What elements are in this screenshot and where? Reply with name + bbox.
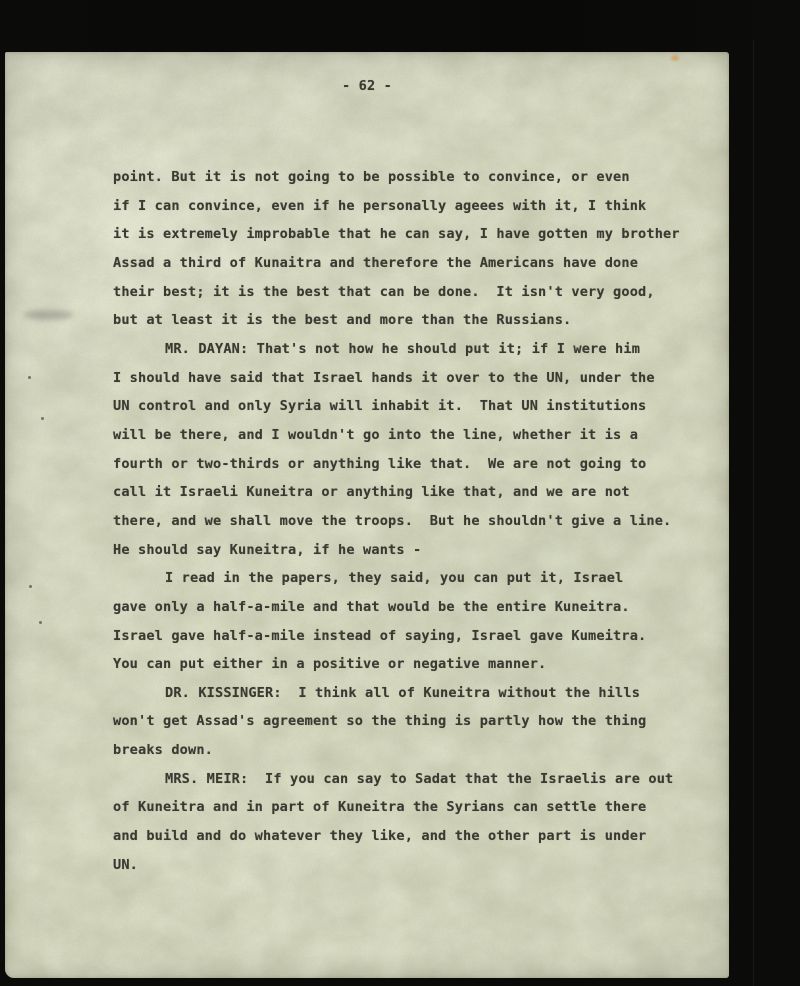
text-line: Israel gave half-a-mile instead of sayin… [113,622,713,651]
text-line: You can put either in a positive or nega… [113,650,713,679]
text-line: but at least it is the best and more tha… [113,306,713,335]
scan-frame: - 62 - point. But it is not going to be … [0,0,800,986]
text-line: He should say Kuneitra, if he wants - [113,536,713,565]
pencil-smudge [23,310,73,320]
text-line: Assad a third of Kunaitra and therefore … [113,249,713,278]
margin-dot [29,585,32,588]
text-line: and build and do whatever they like, and… [113,822,713,851]
text-line: UN. [113,851,713,880]
document-body: point. But it is not going to be possibl… [113,163,713,879]
text-line: gave only a half-a-mile and that would b… [113,593,713,622]
text-line: I read in the papers, they said, you can… [113,564,713,593]
document-page: - 62 - point. But it is not going to be … [5,52,729,978]
text-line: will be there, and I wouldn't go into th… [113,421,713,450]
margin-dot [39,621,42,624]
text-line: call it Israeli Kuneitra or anything lik… [113,478,713,507]
text-line: if I can convince, even if he personally… [113,192,713,221]
text-line: I should have said that Israel hands it … [113,364,713,393]
text-line: their best; it is the best that can be d… [113,278,713,307]
text-line: there, and we shall move the troops. But… [113,507,713,536]
text-line: MRS. MEIR: If you can say to Sadat that … [113,765,713,794]
text-line: won't get Assad's agreement so the thing… [113,707,713,736]
margin-dot [28,376,31,379]
text-line: breaks down. [113,736,713,765]
text-line: UN control and only Syria will inhabit i… [113,392,713,421]
text-line: of Kuneitra and in part of Kuneitra the … [113,793,713,822]
margin-dot [41,417,44,420]
text-line: point. But it is not going to be possibl… [113,163,713,192]
text-line: MR. DAYAN: That's not how he should put … [113,335,713,364]
text-line: DR. KISSINGER: I think all of Kuneitra w… [113,679,713,708]
text-line: fourth or two-thirds or anything like th… [113,450,713,479]
text-line: it is extremely improbable that he can s… [113,220,713,249]
stain-speck [671,55,679,61]
scanner-edge-line [753,40,754,986]
page-number: - 62 - [5,78,729,94]
